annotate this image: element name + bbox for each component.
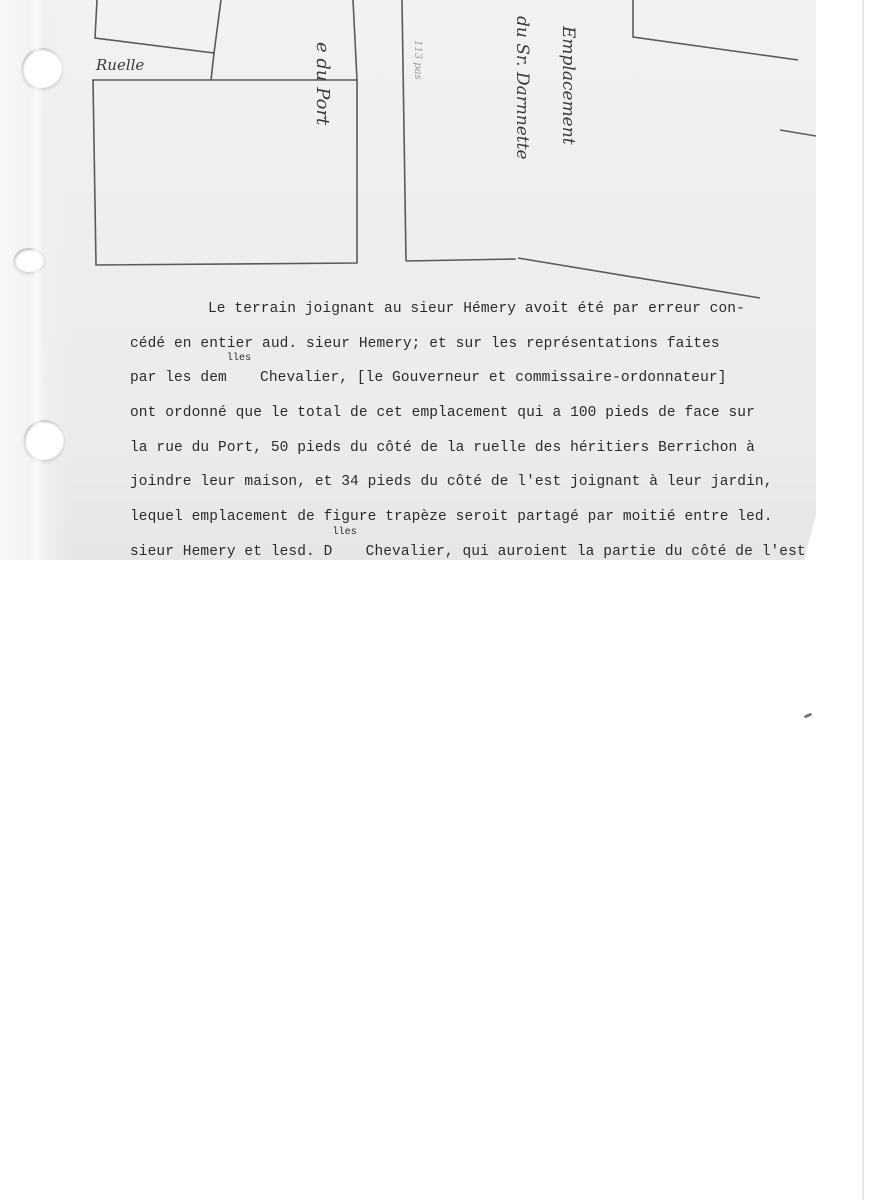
- text-line-6: joindre leur maison, et 34 pieds du côté…: [130, 465, 820, 500]
- text-line-3-b: Chevalier, [le Gouverneur et commissaire…: [251, 370, 726, 386]
- text-line-3: par les demlles Chevalier, [le Gouverneu…: [130, 361, 820, 396]
- label-ruelle: Ruelle: [96, 56, 144, 74]
- property-plan-drawing: [0, 0, 816, 300]
- scanner-edge-line: [862, 0, 864, 1200]
- label-measure-113-pas: 113 pas: [412, 40, 423, 80]
- text-line-3-a: par les dem: [130, 370, 227, 386]
- superscript-lles: lles: [227, 353, 251, 364]
- text-line-8-a: sieur Hemery et lesd. D: [130, 544, 332, 560]
- punch-hole-middle: [24, 420, 64, 460]
- label-emplacement: Emplacement: [558, 26, 578, 145]
- text-line-8-b: Chevalier, qui auroient la partie du côt…: [357, 544, 823, 560]
- text-line-1: Le terrain joignant au sieur Hémery avoi…: [130, 292, 820, 327]
- typed-paragraph: Le terrain joignant au sieur Hémery avoi…: [130, 292, 820, 570]
- text-line-7: lequel emplacement de figure trapèze ser…: [130, 500, 820, 535]
- text-line-5: la rue du Port, 50 pieds du côté de la r…: [130, 431, 820, 466]
- label-port: du Port: [312, 58, 333, 125]
- text-line-8: sieur Hemery et lesd. Dlles Chevalier, q…: [130, 535, 820, 570]
- label-rue-prefix: e: [312, 42, 333, 53]
- superscript-lles-2: lles: [332, 527, 356, 538]
- text-line-4: ont ordonné que le total de cet emplacem…: [130, 396, 820, 431]
- label-rue-du-port: e du Port: [312, 42, 333, 125]
- label-emplacement-owner: du Sr. Darnnette: [512, 16, 532, 160]
- scanned-page: Ruelle e du Port 113 pas Emplacement du …: [0, 0, 816, 560]
- scan-speck: [804, 712, 813, 718]
